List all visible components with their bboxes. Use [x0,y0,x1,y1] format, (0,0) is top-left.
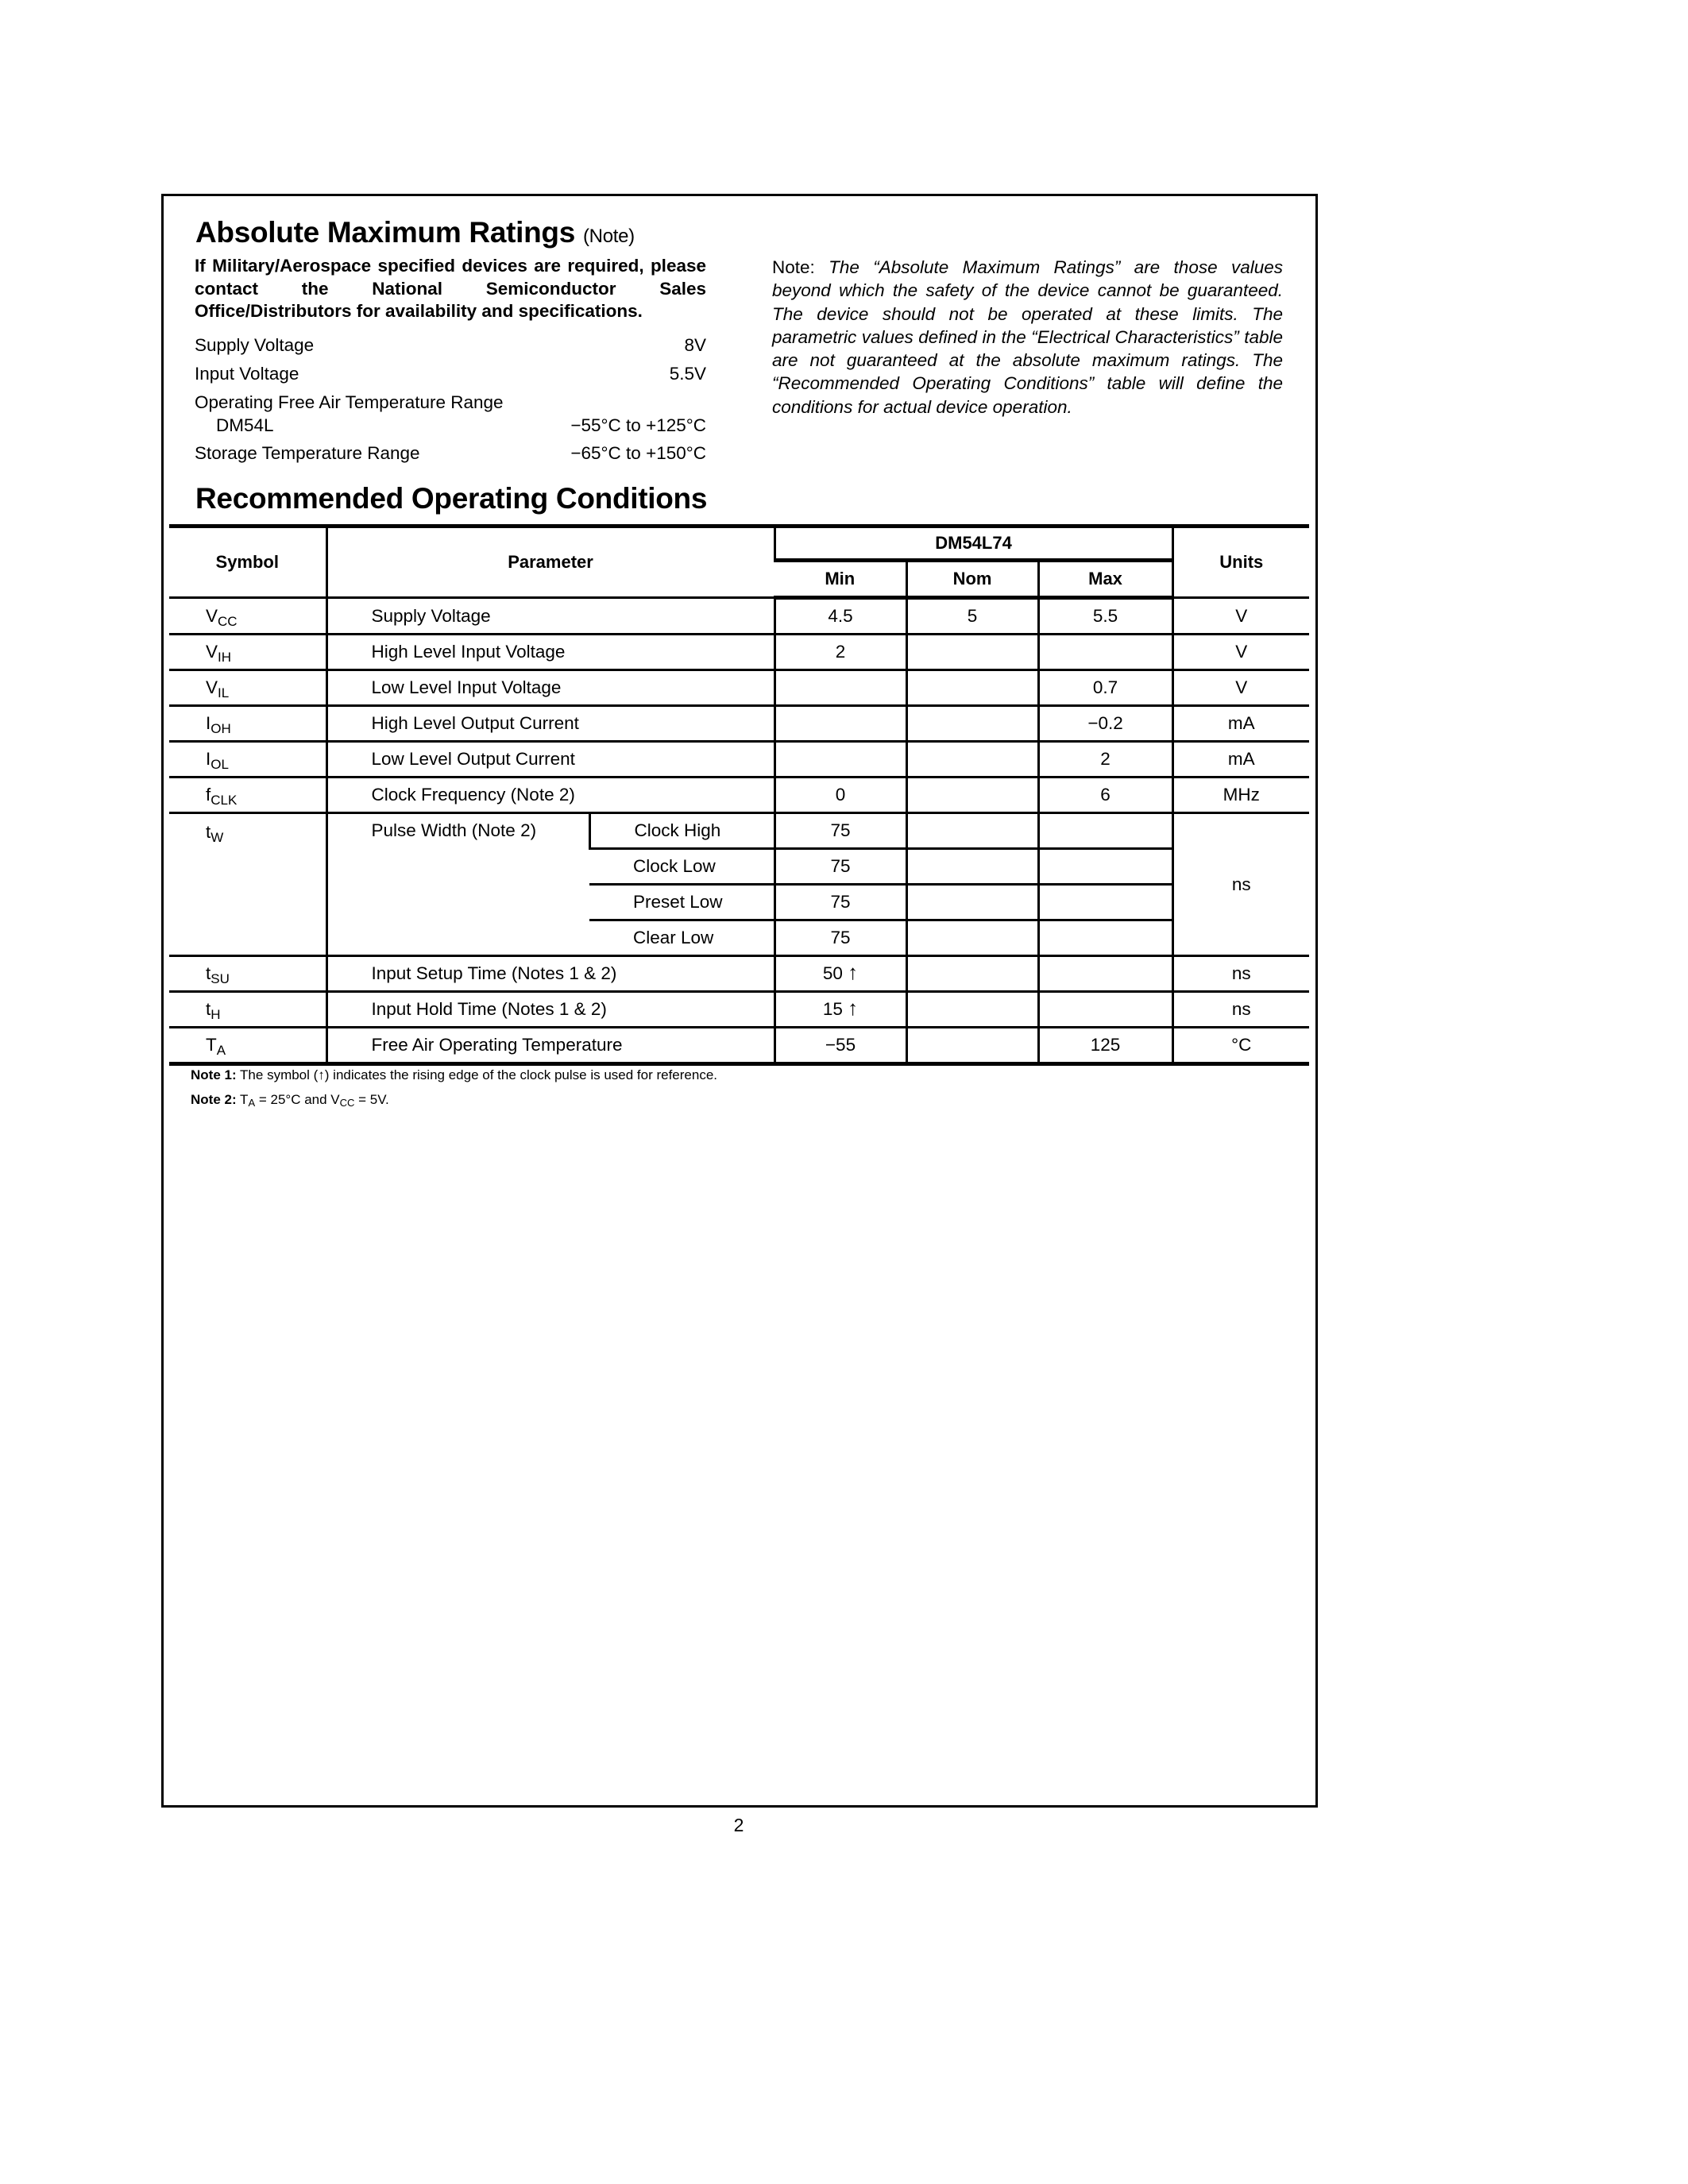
note-text: The “Absolute Maximum Ratings” are those… [772,257,1283,417]
nom-cell [906,778,1038,813]
rating-value: 5.5V [670,362,706,386]
min-cell: 2 [774,635,906,670]
nom-cell: 5 [906,598,1038,635]
min-cell: 75 [774,920,906,956]
table-row-vil: VIL Low Level Input Voltage 0.7 V [169,670,1309,706]
min-cell [774,706,906,742]
header-min: Min [774,561,906,598]
units-cell: mA [1172,742,1309,778]
parameter-cell: Free Air Operating Temperature [326,1028,774,1064]
min-cell: 4.5 [774,598,906,635]
table-row-th: tH Input Hold Time (Notes 1 & 2) 15 ↑ ns [169,992,1309,1028]
rating-value: 8V [684,334,706,357]
parameter-cell: Input Hold Time (Notes 1 & 2) [326,992,774,1028]
symbol-cell: tSU [169,956,326,992]
rating-label: DM54L [216,414,274,438]
nom-cell [906,813,1038,849]
min-cell: 0 [774,778,906,813]
symbol-cell: VCC [169,598,326,635]
recommended-operating-conditions-table: Symbol Parameter DM54L74 Units Min Nom M… [169,524,1309,1066]
min-cell [774,742,906,778]
header-nom: Nom [906,561,1038,598]
max-cell [1038,885,1172,920]
parameter-cell: Clock Frequency (Note 2) [326,778,774,813]
nom-cell [906,635,1038,670]
condition-cell: Preset Low [589,885,774,920]
symbol-cell: IOL [169,742,326,778]
table-row-fclk: fCLK Clock Frequency (Note 2) 0 6 MHz [169,778,1309,813]
parameter-cell: High Level Output Current [326,706,774,742]
header-parameter: Parameter [326,527,774,598]
max-cell: 0.7 [1038,670,1172,706]
rating-operating-temp-range: Operating Free Air Temperature Range [195,391,706,415]
table-row-ioh: IOH High Level Output Current −0.2 mA [169,706,1309,742]
rating-storage-temp-range: Storage Temperature Range −65°C to +150°… [195,442,706,465]
rating-dm54l: DM54L −55°C to +125°C [195,414,706,438]
condition-cell: Clear Low [589,920,774,956]
table-row-iol: IOL Low Level Output Current 2 mA [169,742,1309,778]
nom-cell [906,956,1038,992]
header-units: Units [1172,527,1309,598]
table-row-vcc: VCC Supply Voltage 4.5 5 5.5 V [169,598,1309,635]
table-row-tsu: tSU Input Setup Time (Notes 1 & 2) 50 ↑ … [169,956,1309,992]
rating-label: Operating Free Air Temperature Range [195,391,504,415]
rating-label: Supply Voltage [195,334,314,357]
nom-cell [906,742,1038,778]
units-cell: V [1172,598,1309,635]
symbol-cell: TA [169,1028,326,1064]
units-cell: °C [1172,1028,1309,1064]
max-cell: 5.5 [1038,598,1172,635]
header-max: Max [1038,561,1172,598]
max-cell [1038,635,1172,670]
note-label: Note 2: [191,1092,237,1107]
parameter-cell: Low Level Input Voltage [326,670,774,706]
header-device: DM54L74 [774,527,1172,561]
max-cell: −0.2 [1038,706,1172,742]
rising-edge-arrow-icon: ↑ [318,1067,325,1082]
recommended-operating-conditions-heading: Recommended Operating Conditions [195,482,707,515]
rating-input-voltage: Input Voltage 5.5V [195,362,706,386]
nom-cell [906,849,1038,885]
rating-label: Input Voltage [195,362,299,386]
header-symbol: Symbol [169,527,326,598]
min-cell: −55 [774,1028,906,1064]
symbol-cell: IOH [169,706,326,742]
max-cell: 125 [1038,1028,1172,1064]
rising-edge-arrow-icon: ↑ [848,996,858,1020]
nom-cell [906,670,1038,706]
nom-cell [906,920,1038,956]
min-cell: 50 ↑ [774,956,906,992]
page-number: 2 [0,1815,1477,1836]
symbol-cell: VIH [169,635,326,670]
condition-cell: Clock Low [589,849,774,885]
heading-note-ref: (Note) [583,226,635,247]
parameter-cell: Pulse Width (Note 2) [326,813,589,956]
note-prefix: Note: [772,257,815,277]
symbol-cell: VIL [169,670,326,706]
units-cell: V [1172,635,1309,670]
min-cell: 75 [774,885,906,920]
parameter-cell: High Level Input Voltage [326,635,774,670]
nom-cell [906,885,1038,920]
rating-value: −65°C to +150°C [570,442,706,465]
table-row-vih: VIH High Level Input Voltage 2 V [169,635,1309,670]
nom-cell [906,1028,1038,1064]
heading-text: Absolute Maximum Ratings [195,216,575,249]
min-cell [774,670,906,706]
rising-edge-arrow-icon: ↑ [848,960,858,984]
max-cell [1038,849,1172,885]
max-cell [1038,813,1172,849]
min-cell: 75 [774,813,906,849]
absolute-maximum-ratings-note: Note: The “Absolute Maximum Ratings” are… [772,256,1283,419]
min-cell: 75 [774,849,906,885]
units-cell: V [1172,670,1309,706]
parameter-cell: Input Setup Time (Notes 1 & 2) [326,956,774,992]
symbol-cell: fCLK [169,778,326,813]
military-aerospace-notice: If Military/Aerospace specified devices … [195,255,706,323]
condition-cell: Clock High [589,813,774,849]
table-note-2: Note 2: TA = 25°C and VCC = 5V. [191,1092,389,1108]
units-cell: ns [1172,956,1309,992]
units-cell: ns [1172,992,1309,1028]
symbol-cell: tH [169,992,326,1028]
units-cell: mA [1172,706,1309,742]
max-cell: 2 [1038,742,1172,778]
symbol-cell: tW [169,813,326,956]
rating-value: −55°C to +125°C [570,414,706,438]
parameter-cell: Supply Voltage [326,598,774,635]
absolute-maximum-ratings-heading: Absolute Maximum Ratings (Note) [195,216,635,249]
min-cell: 15 ↑ [774,992,906,1028]
table-row-tw-clock-high: tW Pulse Width (Note 2) Clock High 75 ns [169,813,1309,849]
rating-label: Storage Temperature Range [195,442,420,465]
table-note-1: Note 1: The symbol (↑) indicates the ris… [191,1067,717,1083]
max-cell: 6 [1038,778,1172,813]
max-cell [1038,956,1172,992]
rating-supply-voltage: Supply Voltage 8V [195,334,706,357]
units-cell: ns [1172,813,1309,956]
max-cell [1038,992,1172,1028]
nom-cell [906,706,1038,742]
parameter-cell: Low Level Output Current [326,742,774,778]
note-label: Note 1: [191,1067,237,1082]
units-cell: MHz [1172,778,1309,813]
table-row-ta: TA Free Air Operating Temperature −55 12… [169,1028,1309,1064]
nom-cell [906,992,1038,1028]
max-cell [1038,920,1172,956]
